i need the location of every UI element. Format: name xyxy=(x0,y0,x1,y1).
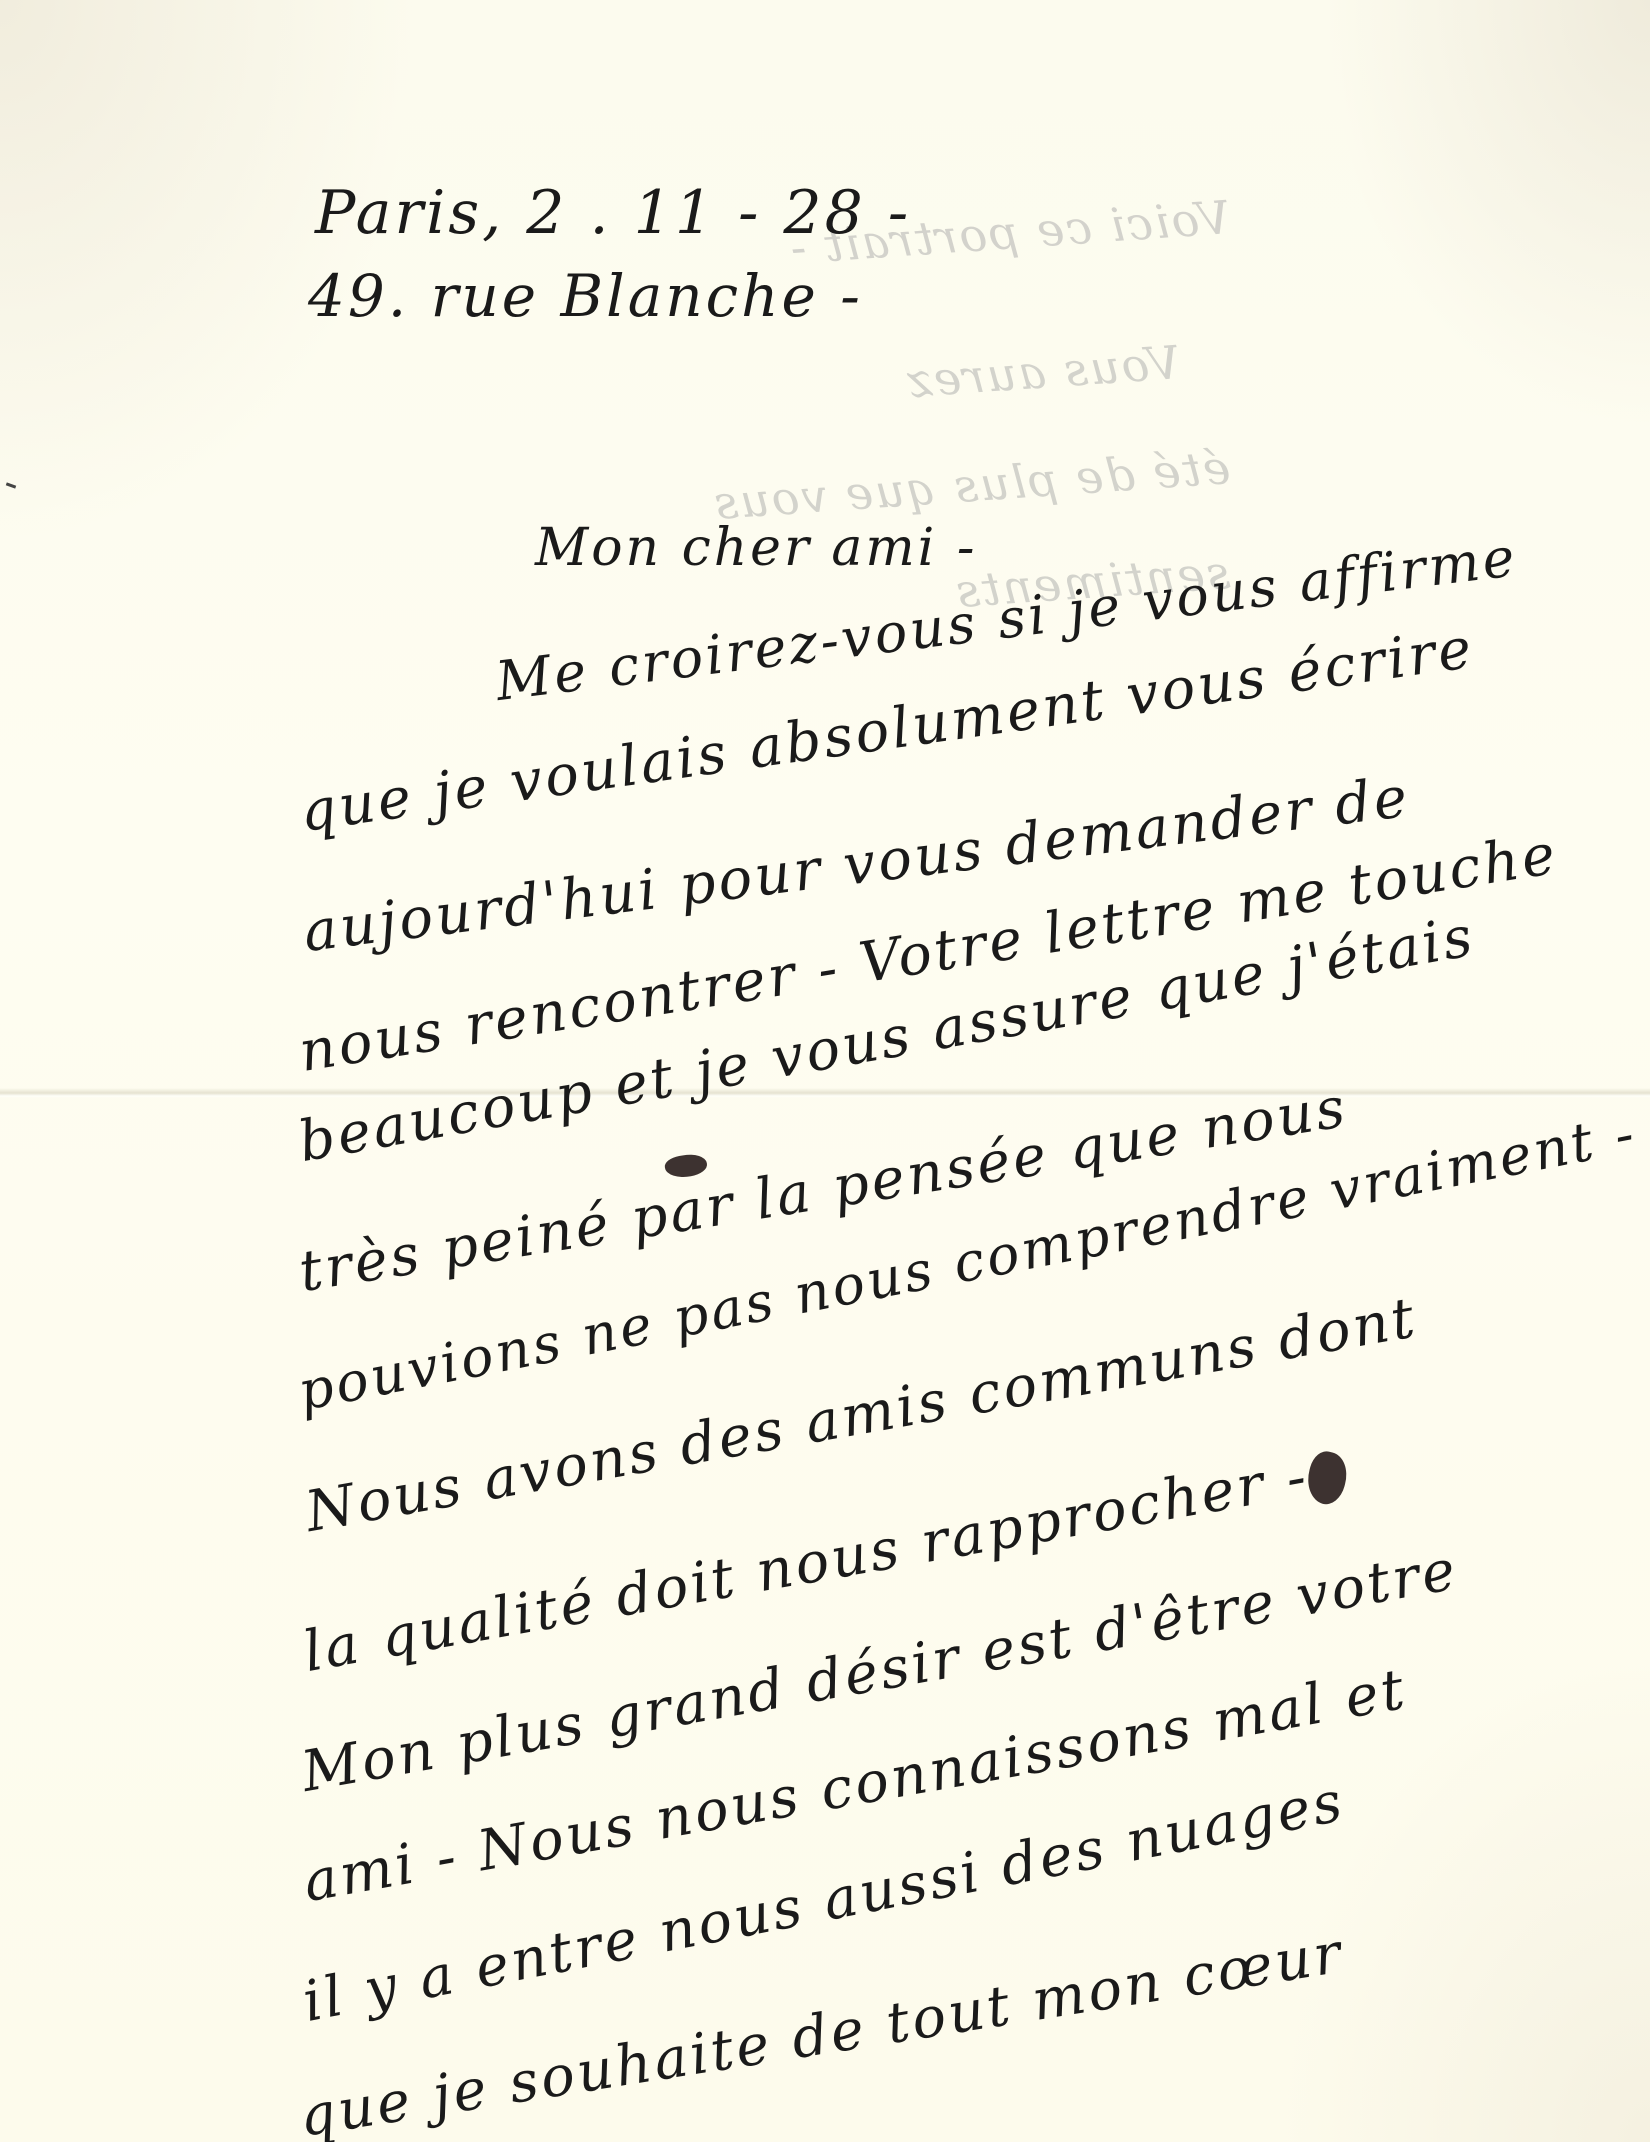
paper-fold-line xyxy=(0,1088,1650,1098)
letter-address: 49. rue Blanche - xyxy=(308,262,863,330)
letter-salutation: Mon cher ami - xyxy=(535,518,977,578)
letter-place-date: Paris, 2 . 11 - 28 - xyxy=(315,178,911,248)
